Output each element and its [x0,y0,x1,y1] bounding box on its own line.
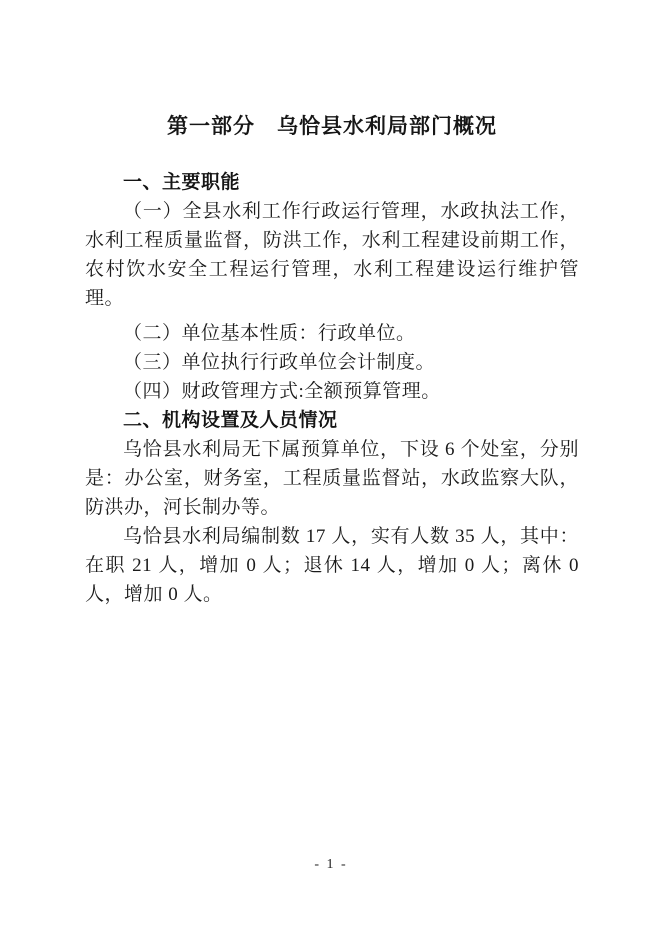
section-1-paragraph-1: （一）全县水利工作行政运行管理，水政执法工作，水利工程质量监督，防洪工作，水利工… [85,197,579,313]
document-page: 第一部分 乌恰县水利局部门概况 一、主要职能 （一）全县水利工作行政运行管理，水… [0,0,662,936]
section-1-paragraph-4: （四）财政管理方式:全额预算管理。 [85,377,579,406]
section-2-heading: 二、机构设置及人员情况 [85,406,579,435]
page-number: - 1 - [0,856,662,874]
document-content: 第一部分 乌恰县水利局部门概况 一、主要职能 （一）全县水利工作行政运行管理，水… [85,112,579,609]
document-title: 第一部分 乌恰县水利局部门概况 [85,112,579,142]
section-1-paragraph-2: （二）单位基本性质：行政单位。 [85,319,579,348]
section-2-paragraph-2: 乌恰县水利局编制数 17 人，实有人数 35 人，其中：在职 21 人，增加 0… [85,522,579,609]
section-2-paragraph-1: 乌恰县水利局无下属预算单位，下设 6 个处室，分别是：办公室，财务室，工程质量监… [85,435,579,522]
section-1-paragraph-3: （三）单位执行行政单位会计制度。 [85,348,579,377]
section-1-heading: 一、主要职能 [85,168,579,197]
